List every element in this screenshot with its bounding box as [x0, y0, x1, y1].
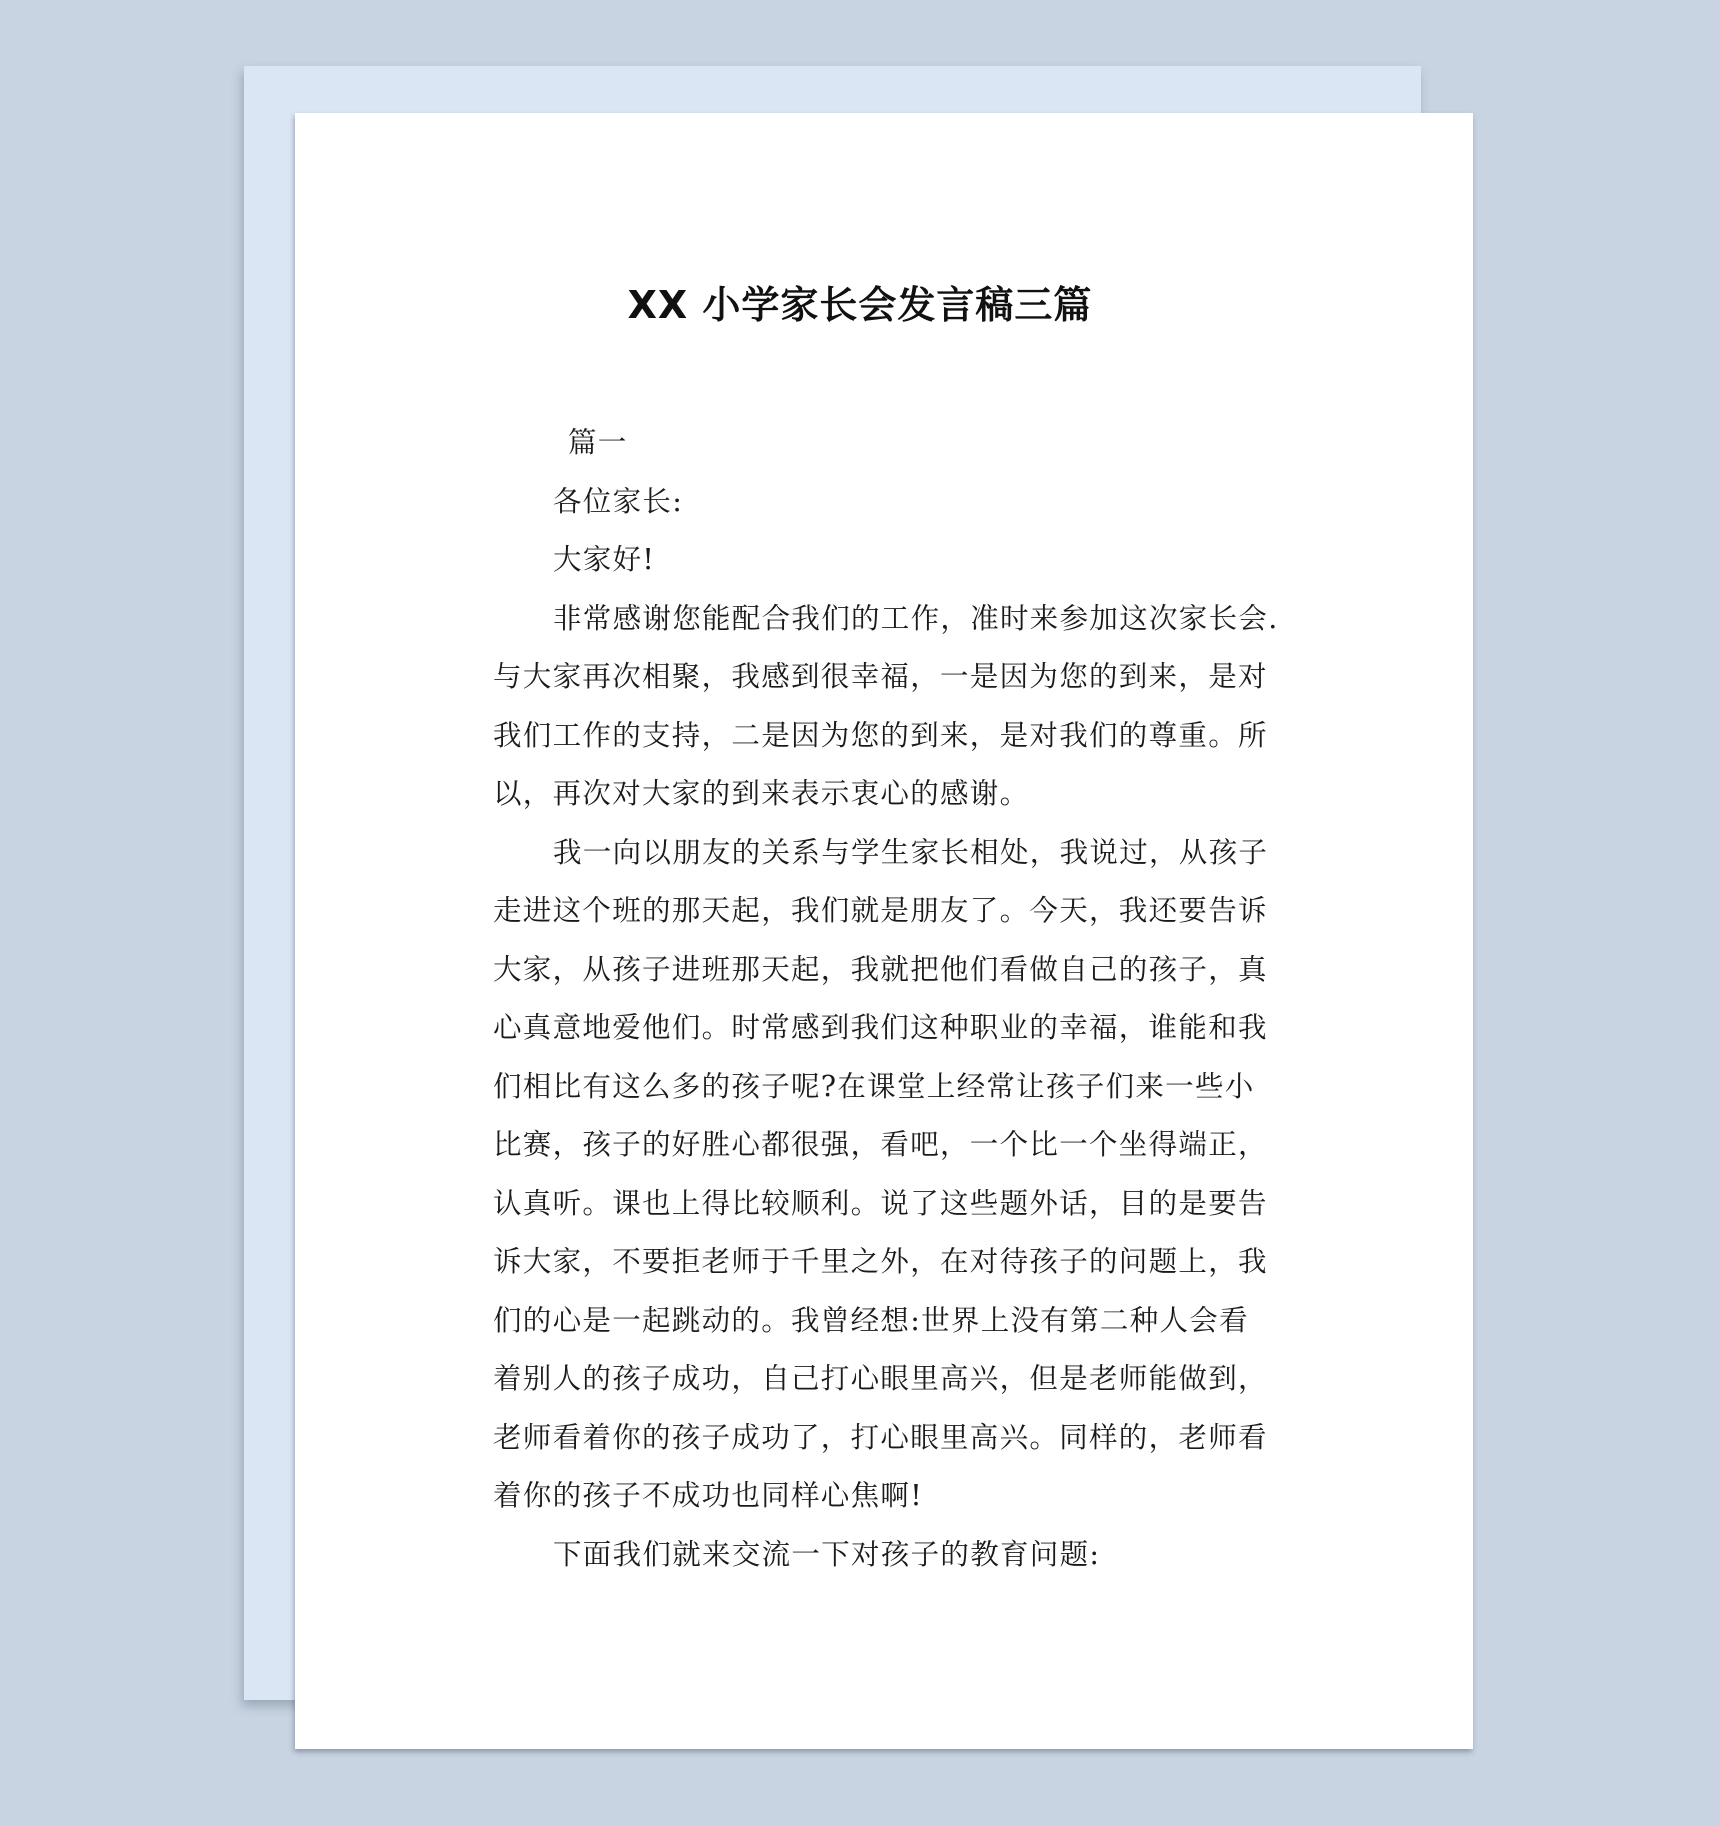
- greeting: 大家好!: [493, 531, 1283, 590]
- paragraph-line: 们相比有这么多的孩子呢?在课堂上经常让孩子们来一些小: [493, 1058, 1283, 1117]
- paragraph-line: 非常感谢您能配合我们的工作，准时来参加这次家长会.: [493, 590, 1283, 649]
- document-body: 篇一 各位家长: 大家好! 非常感谢您能配合我们的工作，准时来参加这次家长会. …: [493, 414, 1283, 1584]
- paragraph-line: 我们工作的支持，二是因为您的到来，是对我们的尊重。所: [493, 707, 1283, 766]
- paragraph-line: 走进这个班的那天起，我们就是朋友了。今天，我还要告诉: [493, 882, 1283, 941]
- section-heading: 篇一: [493, 414, 1283, 473]
- paragraph-line: 着别人的孩子成功，自己打心眼里高兴，但是老师能做到，: [493, 1350, 1283, 1409]
- paragraph-line: 诉大家，不要拒老师于千里之外，在对待孩子的问题上，我: [493, 1233, 1283, 1292]
- paragraph-line: 心真意地爱他们。时常感到我们这种职业的幸福，谁能和我: [493, 999, 1283, 1058]
- paragraph-line: 与大家再次相聚，我感到很幸福，一是因为您的到来，是对: [493, 648, 1283, 707]
- paragraph-line: 老师看着你的孩子成功了，打心眼里高兴。同样的，老师看: [493, 1409, 1283, 1468]
- paragraph-line: 我一向以朋友的关系与学生家长相处，我说过，从孩子: [493, 824, 1283, 883]
- paragraph-line: 以，再次对大家的到来表示衷心的感谢。: [493, 765, 1283, 824]
- document-title: XX 小学家长会发言稿三篇: [0, 280, 1720, 330]
- salutation: 各位家长:: [493, 473, 1283, 532]
- paragraph-line: 们的心是一起跳动的。我曾经想:世界上没有第二种人会看: [493, 1292, 1283, 1351]
- paragraph-3: 下面我们就来交流一下对孩子的教育问题:: [493, 1526, 1283, 1585]
- paragraph-1: 非常感谢您能配合我们的工作，准时来参加这次家长会. 与大家再次相聚，我感到很幸福…: [493, 590, 1283, 824]
- paragraph-line: 比赛，孩子的好胜心都很强，看吧，一个比一个坐得端正，: [493, 1116, 1283, 1175]
- paragraph-line: 下面我们就来交流一下对孩子的教育问题:: [493, 1526, 1283, 1585]
- paragraph-2: 我一向以朋友的关系与学生家长相处，我说过，从孩子 走进这个班的那天起，我们就是朋…: [493, 824, 1283, 1526]
- paragraph-line: 认真听。课也上得比较顺利。说了这些题外话，目的是要告: [493, 1175, 1283, 1234]
- paragraph-line: 大家，从孩子进班那天起，我就把他们看做自己的孩子，真: [493, 941, 1283, 1000]
- paragraph-line: 着你的孩子不成功也同样心焦啊!: [493, 1467, 1283, 1526]
